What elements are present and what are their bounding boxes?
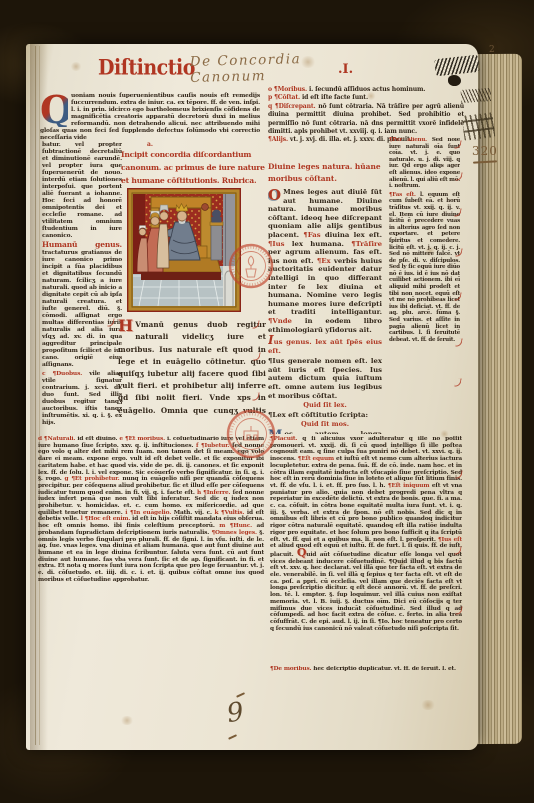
illuminated-miniature — [127, 188, 241, 312]
red-heading-text: us genus. lex aūt ſpēs eius eſt. — [268, 338, 382, 355]
foxing-spot — [420, 700, 436, 710]
gloss-text: Sed noīe iure naturali oīa ſunt coīa. vt… — [389, 137, 460, 189]
gloss-lemma: ¶Ius eſt — [438, 537, 462, 543]
gloss-text: uid aūt cōſuetudine dicatur eſſe longa v… — [270, 552, 462, 632]
platform-step — [141, 272, 221, 280]
ius-generale-paragraph: ¶Ius generale nomen eſt. lex aūt iuris e… — [268, 357, 382, 400]
gloss-lemma-humanum: Humanū genus. — [42, 240, 122, 249]
main-text-humanum-genus: HVmanū genus duob regitur naturali videl… — [118, 319, 266, 419]
gloss-lemma: d ¶Naturali. — [38, 436, 75, 442]
rubric-line-1: Incipit concordia diſcordantium — [121, 149, 271, 162]
red-pilcrow-lemma: ¶Ex — [317, 257, 331, 265]
incipit-rubric: Incipit concordia diſcordantium canonum.… — [121, 149, 271, 187]
gloss-duobus-text: vile alias vtile ſignatur contrarium. j.… — [42, 370, 122, 426]
folio-number: 2 — [489, 45, 495, 55]
struck-out-number-mark — [462, 112, 496, 141]
bottom-gloss-left: d ¶Naturali. id eſt diuino. e ¶Et moribu… — [38, 436, 264, 682]
page-title: Diſtinctio — [98, 56, 195, 81]
red-pilcrow-lemma: ¶Trāſire — [351, 240, 382, 248]
library-stamp — [227, 242, 275, 290]
gloss-humanum-text: tractaturus gratianus de iure canonico p… — [42, 249, 122, 368]
enthroned-figure-head — [177, 211, 187, 221]
distinction-numeral: .I. — [338, 62, 353, 77]
red-heading-ius-genus: Ius genus. lex aūt ſpēs eius eſt. — [268, 336, 382, 355]
rubric-line-2: canonum. ac primus de iure nature — [121, 162, 271, 175]
gloss-lemma: o ¶Moribus. — [268, 86, 307, 93]
lex-definition: ¶Lex eſt cōſtitutio ſcripta: — [268, 411, 382, 420]
gloss-lemma: m ¶Hunc. — [219, 523, 252, 529]
shelf-number: 320 — [472, 144, 498, 158]
cleric-figure — [157, 224, 169, 268]
manuscript-title-inscription: De Concordia Canonum — [190, 50, 343, 86]
bottom-gloss-right: ¶Placuit. q ſi alicuius vxor adulteratur… — [270, 436, 462, 664]
foxing-spot — [120, 716, 134, 725]
red-heading-quid-lex: Quid ſit lex. — [268, 401, 382, 410]
gloss-lemma: ¶Fas eſt. — [389, 192, 416, 198]
gloss-text: id eſt diuino. — [75, 436, 119, 442]
colophon-text: hec deſcriptio duplicatur. vt. ff. de ſe… — [311, 666, 455, 672]
grotesque-head — [202, 204, 209, 211]
de-moribus-line: ¶De moribus. hec deſcriptio duplicatur. … — [270, 666, 462, 673]
gloss-lemma: p ¶Cōſtat. — [268, 94, 300, 101]
gloss-preface: Quoniam nouis ſuperuenientibus cauſis no… — [40, 92, 260, 146]
main-text: diuina lex eſt. — [321, 231, 382, 239]
gloss-continuation: batur. vel propter ſubtractionē decretal… — [42, 141, 122, 239]
gloss-text: i. ſecundū aſſiduos actus hominum. — [307, 86, 425, 93]
library-stamp — [225, 408, 277, 460]
gloss-text: l. equum eſt cum ſubeſt eā. et horū trāſ… — [389, 192, 460, 343]
gloss-text: Math. vij. c. — [171, 510, 214, 516]
gloss-lemma: ¶Eſt equum — [298, 456, 334, 462]
rubric-line-3: et humane cōſtitutionis. Rubrica. — [121, 175, 271, 188]
gloss-lemma: ¶Alijs. — [268, 136, 288, 143]
main-text: verbis huius auctoritatis euidenter datu… — [268, 257, 382, 317]
mos-definition: os autem longa cōſuetudo eſt de moribus … — [268, 430, 382, 434]
gloss-lemma: e ¶Et moribus. — [119, 436, 165, 442]
main-text-body: Vmanū genus duob regitur naturali videli… — [118, 320, 266, 419]
gloss-lemma: q ¶Diſcrepant. — [268, 103, 316, 110]
initial-Q: Q — [40, 93, 68, 127]
red-pilcrow-lemma: ¶Vnde — [268, 317, 292, 325]
gloss-lemma: h ¶Inferre. — [197, 490, 231, 496]
hatched-deletion-mark — [461, 88, 492, 103]
pedestal — [211, 224, 222, 260]
rubric-sidenote: a. — [147, 141, 153, 148]
gloss-lemma: ¶Eſt iniquum — [388, 483, 429, 489]
right-main-column: OMnes leges aut diuiē ſūt aut humane. Di… — [268, 188, 382, 434]
main-text: lex humana. — [285, 240, 352, 248]
gloss-text: §. omnis legis verbo ſingulari pro plura… — [38, 530, 264, 583]
dark-bust-shoulders — [212, 217, 222, 223]
red-pilcrow-lemma: ¶Fas — [303, 231, 320, 239]
gloss-lemma: ¶Per alienū. — [389, 137, 427, 143]
red-heading-quid-mos: Quid ſit mos. — [268, 420, 382, 429]
gloss-text: id eſt iſte facte ſunt. — [300, 94, 368, 101]
gloss-lemma: ¶Omnes leges. — [211, 530, 256, 536]
gloss-lemma: g ¶Et prohibetur. — [65, 476, 120, 482]
miniature-scene — [127, 188, 241, 312]
left-gloss-column: batur. vel propter ſubtractionē decretal… — [42, 141, 122, 435]
red-lemma: ¶De moribus. — [270, 666, 311, 672]
right-side-gloss: ¶Per alienū. Sed noīe iure naturali oīa … — [389, 137, 460, 433]
gloss-lemma-duobus: c ¶Duobus. — [42, 370, 82, 377]
ink-blot — [448, 75, 461, 86]
photographed-manuscript-page: Diſtinctio De Concordia Canonum .I. 2 32… — [0, 0, 534, 803]
figure-head — [151, 217, 159, 225]
gloss-lemma: k ¶Vultis. — [215, 510, 245, 516]
gloss-lemma: i ¶In euāgelio. — [125, 510, 171, 516]
initial-O: O — [268, 188, 281, 202]
initial-Q-red: Q — [297, 550, 306, 556]
figure-head — [139, 229, 146, 236]
gloss-text: eſt vt vna puniatur pro alio. quia non d… — [270, 483, 462, 543]
figure-head — [160, 212, 168, 220]
initial-H: H — [118, 319, 133, 332]
foxing-spot — [70, 62, 82, 71]
gloss-lemma: l ¶Hoc eſt enim. — [81, 516, 131, 522]
gloss-preface-text: uoniam nouis ſuperuenientibus cauſis nou… — [40, 92, 260, 141]
